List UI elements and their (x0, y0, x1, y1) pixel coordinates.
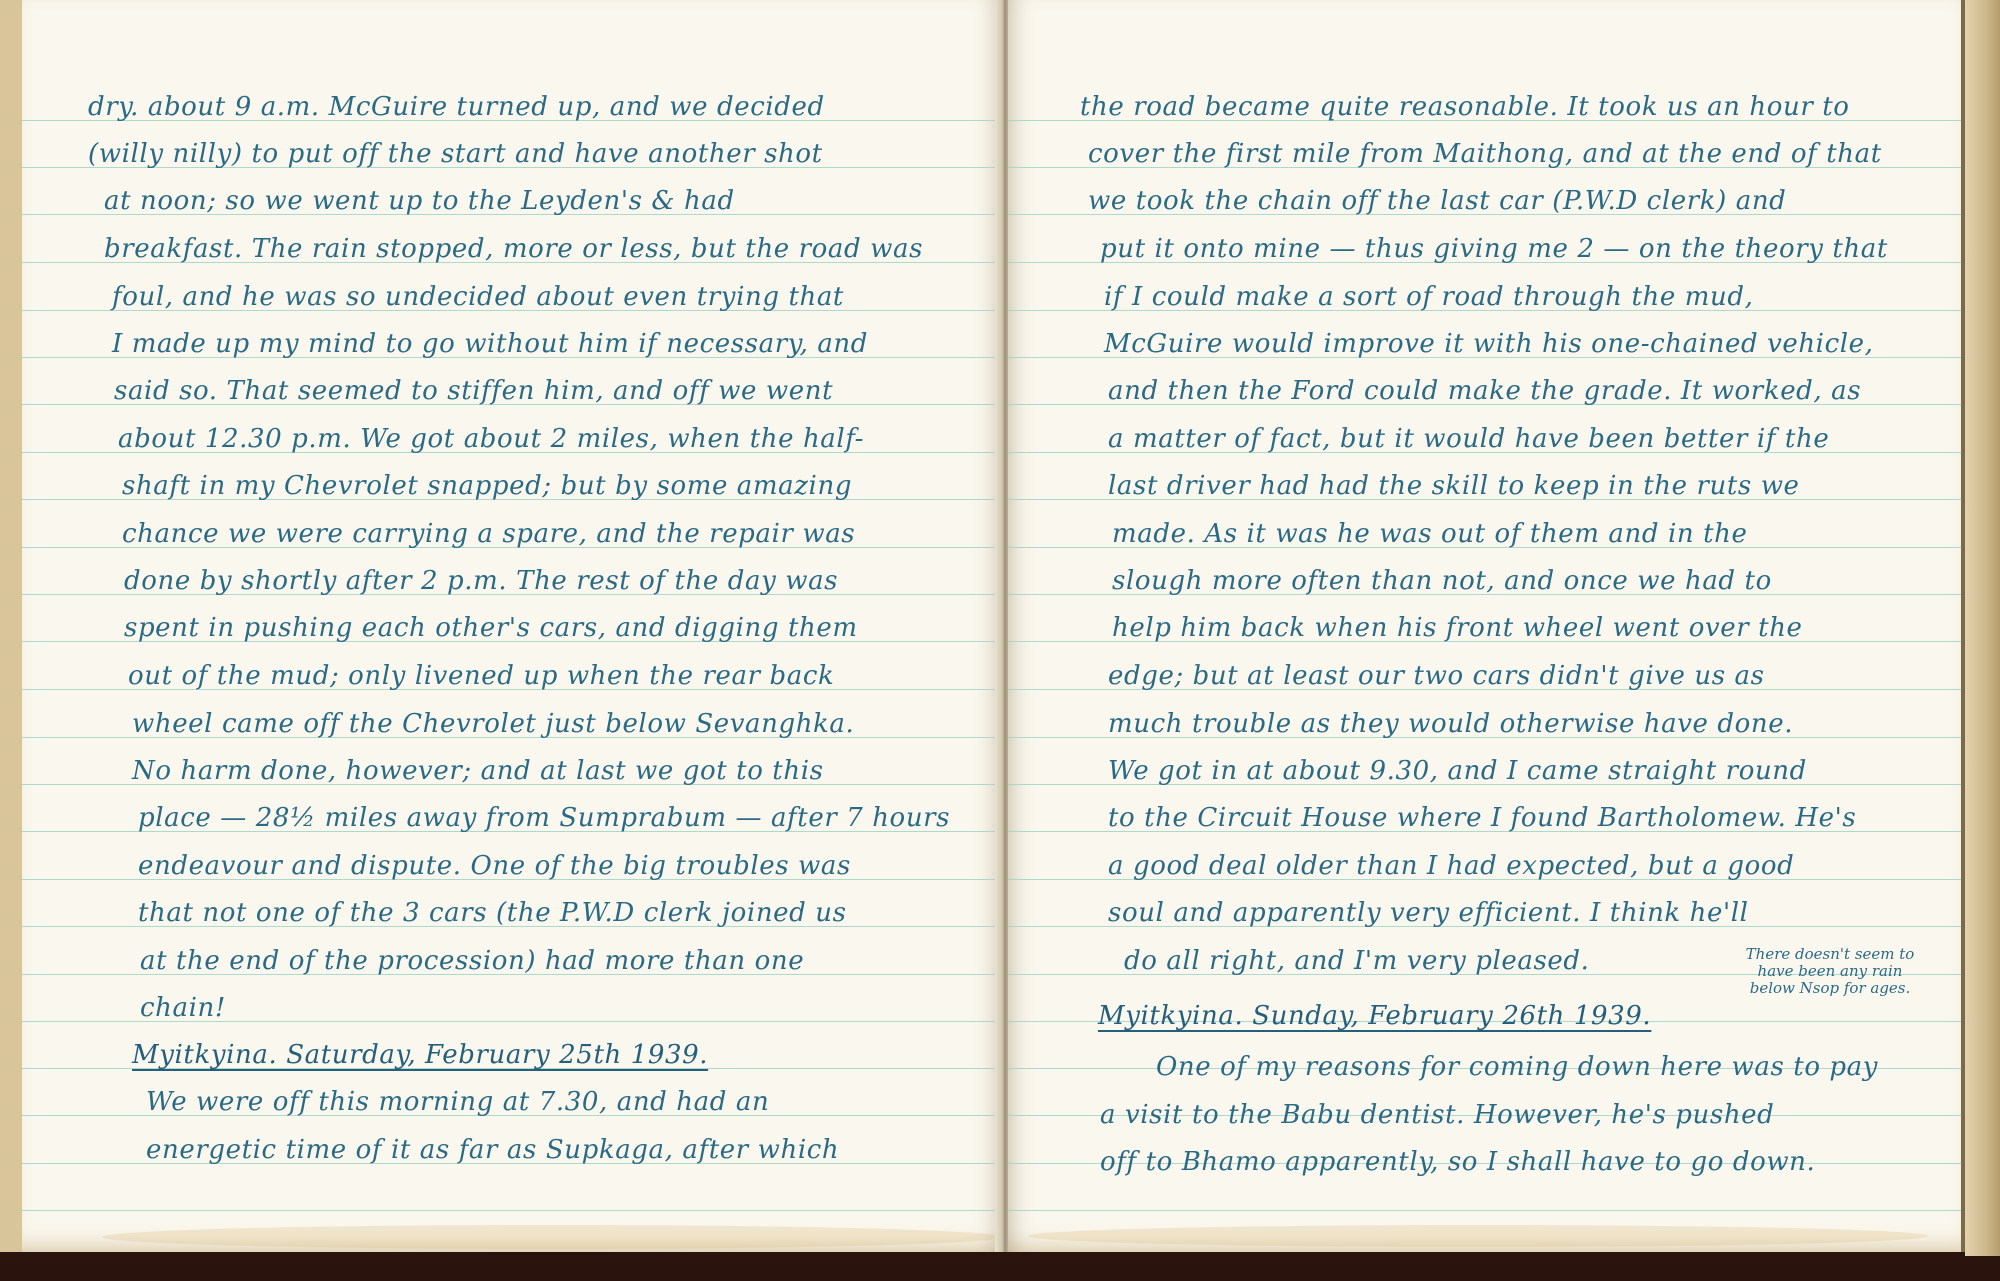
right-page: the road became quite reasonable. It too… (1008, 0, 1965, 1252)
diary-line: dry. about 9 a.m. McGuire turned up, and… (88, 92, 825, 122)
diary-line: a matter of fact, but it would have been… (1108, 424, 1829, 454)
left-page: dry. about 9 a.m. McGuire turned up, and… (0, 0, 1000, 1252)
diary-line: spent in pushing each other's cars, and … (124, 613, 858, 643)
open-diary: dry. about 9 a.m. McGuire turned up, and… (0, 0, 2000, 1258)
diary-line: We got in at about 9.30, and I came stra… (1108, 756, 1807, 786)
diary-line: the road became quite reasonable. It too… (1080, 92, 1850, 122)
margin-note: There doesn't seem to have been any rain… (1710, 946, 1950, 997)
diary-line: foul, and he was so undecided about even… (112, 282, 844, 312)
diary-line: if I could make a sort of road through t… (1104, 282, 1753, 312)
diary-line: out of the mud; only livened up when the… (128, 661, 834, 691)
diary-line: breakfast. The rain stopped, more or les… (104, 234, 923, 264)
diary-line: last driver had had the skill to keep in… (1108, 471, 1800, 501)
diary-line: help him back when his front wheel went … (1112, 613, 1803, 643)
diary-line: about 12.30 p.m. We got about 2 miles, w… (118, 424, 864, 454)
diary-line: slough more often than not, and once we … (1112, 566, 1772, 596)
margin-note-line: There doesn't seem to (1710, 946, 1950, 963)
diary-line: done by shortly after 2 p.m. The rest of… (124, 566, 838, 596)
diary-line: and then the Ford could make the grade. … (1108, 376, 1861, 406)
diary-line: place — 28½ miles away from Sumprabum — … (138, 803, 950, 833)
diary-line: put it onto mine — thus giving me 2 — on… (1100, 234, 1888, 264)
diary-line: we took the chain off the last car (P.W.… (1088, 186, 1786, 216)
page-edges (1965, 0, 2000, 1256)
diary-line: chance we were carrying a spare, and the… (122, 519, 855, 549)
diary-line: a good deal older than I had expected, b… (1108, 851, 1794, 881)
diary-line: cover the first mile from Maithong, and … (1088, 139, 1882, 169)
diary-line: We were off this morning at 7.30, and ha… (146, 1087, 769, 1117)
diary-line: much trouble as they would otherwise hav… (1108, 709, 1793, 739)
margin-note-line: have been any rain (1710, 963, 1950, 980)
margin-note-line: below Nsop for ages. (1710, 980, 1950, 997)
diary-line: energetic time of it as far as Supkaga, … (146, 1135, 839, 1165)
diary-line: off to Bhamo apparently, so I shall have… (1100, 1147, 1815, 1177)
diary-line: at the end of the procession) had more t… (140, 946, 804, 976)
diary-line: endeavour and dispute. One of the big tr… (138, 851, 851, 881)
diary-line: do all right, and I'm very pleased. (1124, 946, 1590, 976)
diary-line: shaft in my Chevrolet snapped; but by so… (122, 471, 852, 501)
diary-line: I made up my mind to go without him if n… (112, 329, 868, 359)
entry-date-heading: Myitkyina. Saturday, February 25th 1939. (132, 1040, 708, 1070)
entry-date-heading: Myitkyina. Sunday, February 26th 1939. (1098, 1001, 1651, 1031)
diary-line: wheel came off the Chevrolet just below … (132, 709, 854, 739)
diary-line: McGuire would improve it with his one-ch… (1104, 329, 1874, 359)
diary-line: No harm done, however; and at last we go… (132, 756, 824, 786)
diary-line: said so. That seemed to stiffen him, and… (114, 376, 833, 406)
diary-line: (willy nilly) to put off the start and h… (88, 139, 823, 169)
diary-line: One of my reasons for coming down here w… (1156, 1052, 1878, 1082)
diary-line: chain! (140, 993, 226, 1023)
diary-line: at noon; so we went up to the Leyden's &… (104, 186, 735, 216)
diary-line: soul and apparently very efficient. I th… (1108, 898, 1749, 928)
diary-line: to the Circuit House where I found Barth… (1108, 803, 1856, 833)
diary-line: made. As it was he was out of them and i… (1112, 519, 1747, 549)
diary-line: that not one of the 3 cars (the P.W.D cl… (138, 898, 847, 928)
diary-line: edge; but at least our two cars didn't g… (1108, 661, 1765, 691)
diary-line: a visit to the Babu dentist. However, he… (1100, 1100, 1774, 1130)
